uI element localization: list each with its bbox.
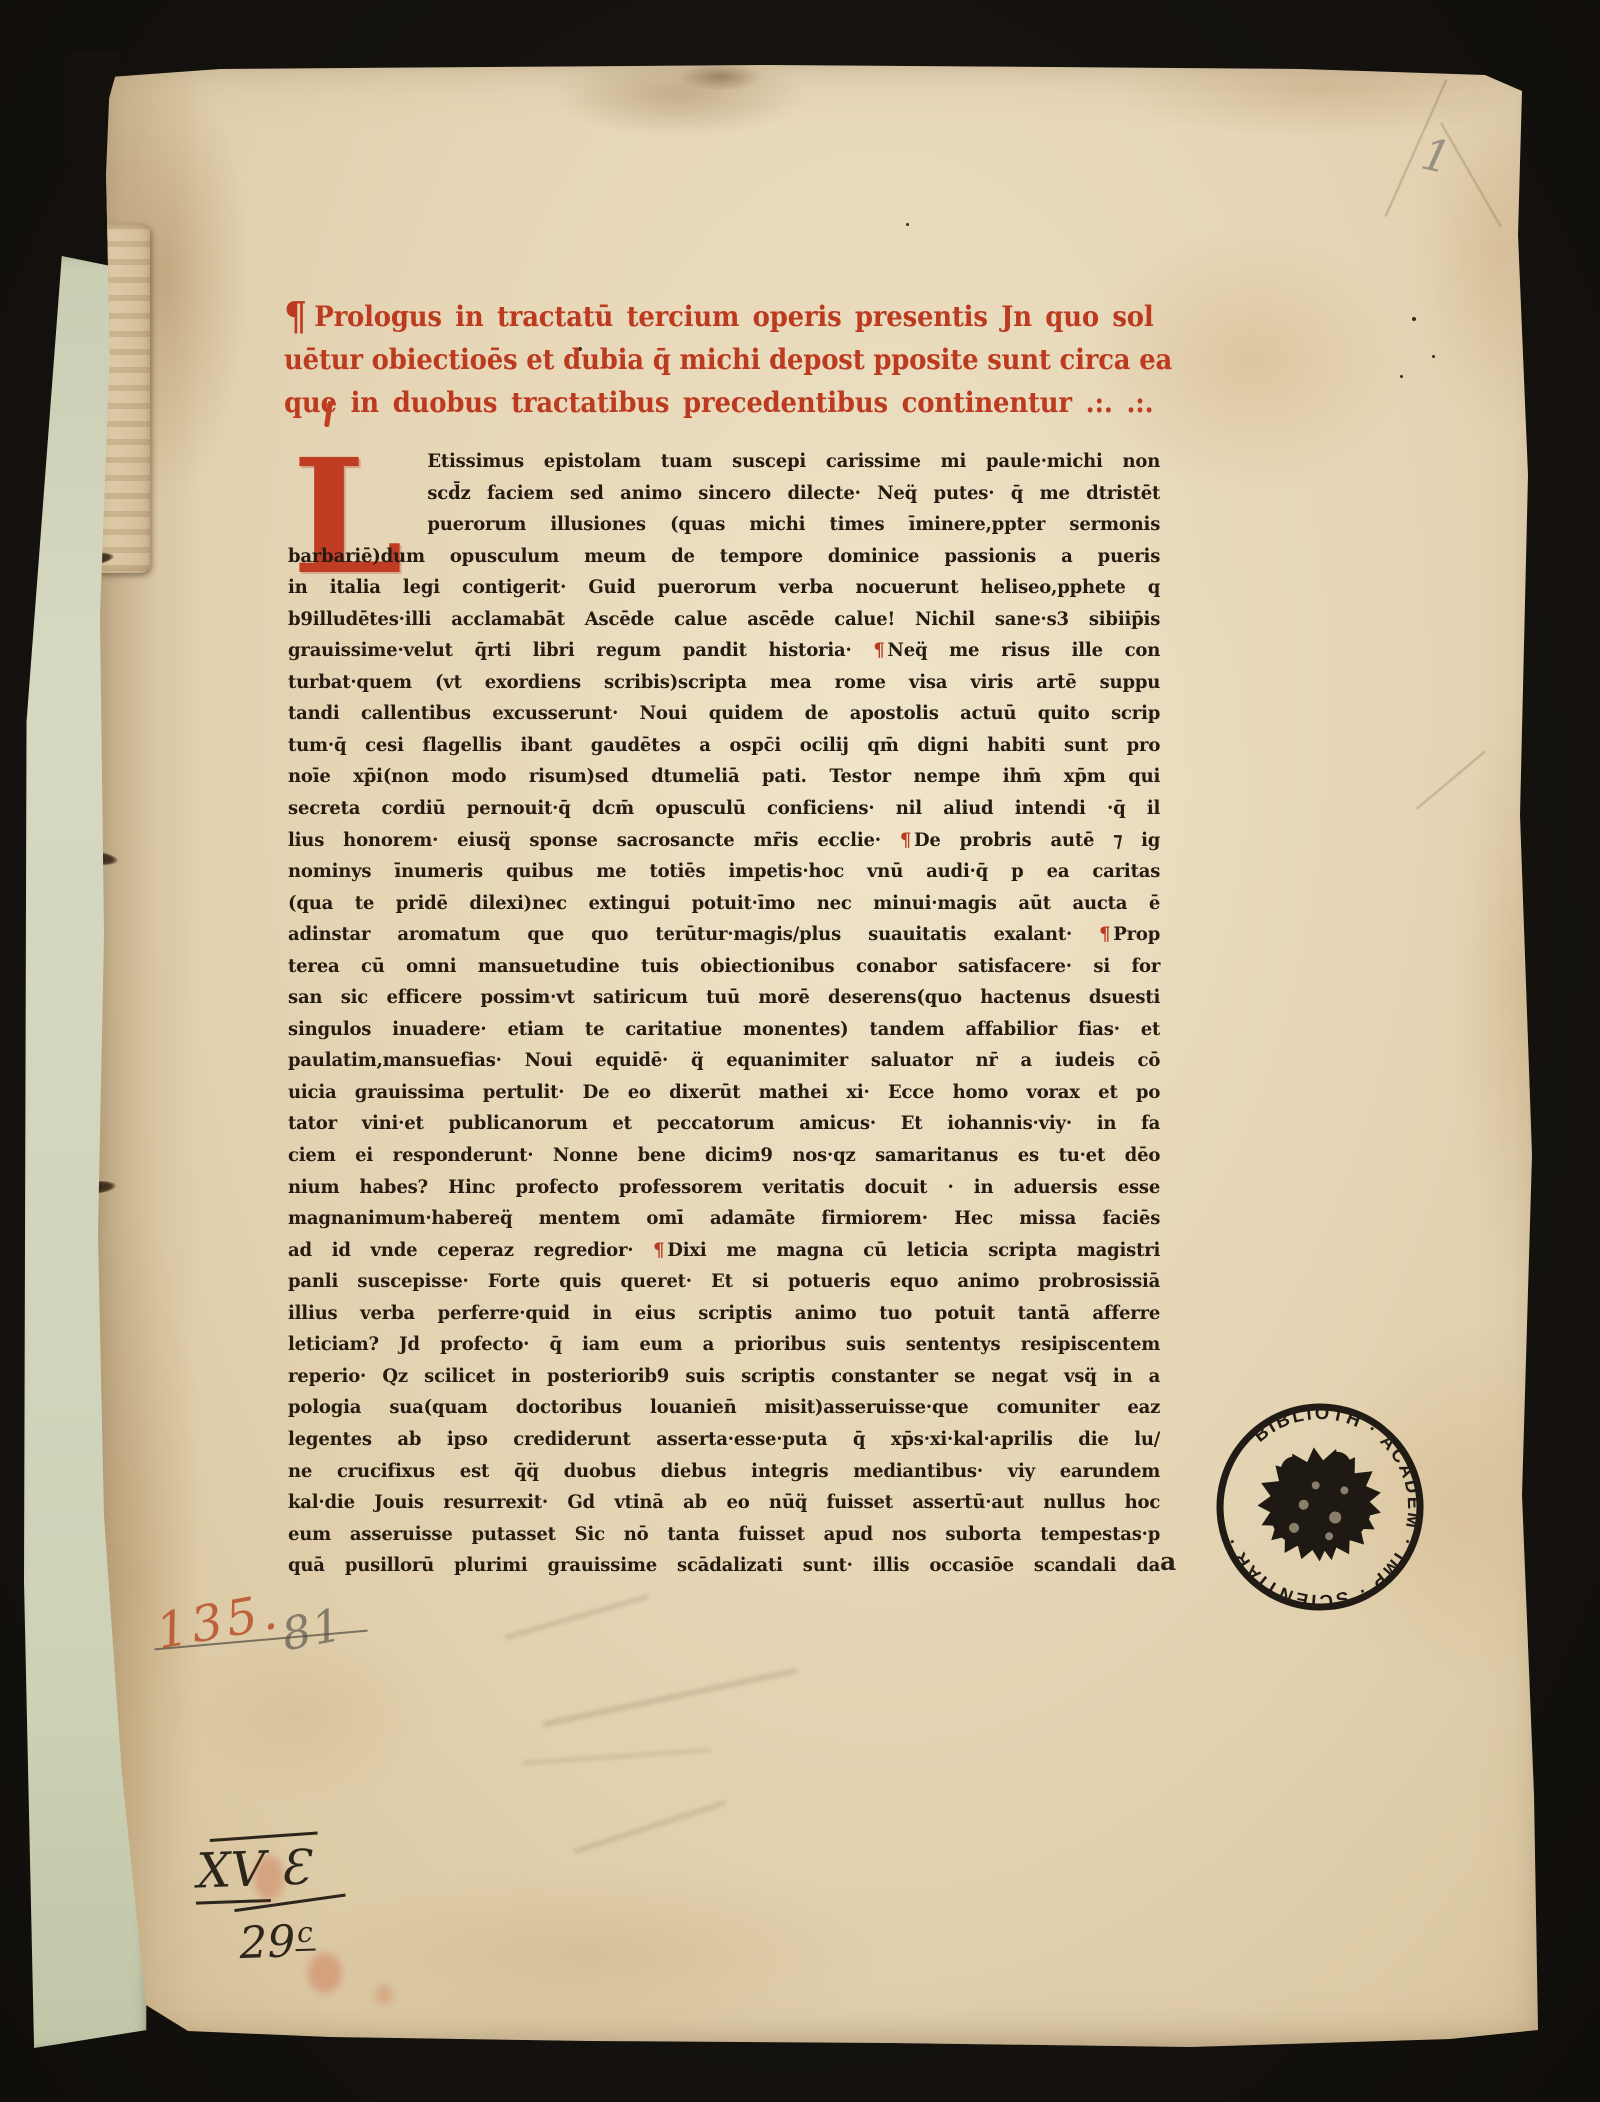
ghost-mark <box>504 1594 649 1639</box>
text-line: ciem ei responderunt· Nonne bene dicim9 … <box>288 1140 1160 1172</box>
rubric-heading: ¶Prologus in tractatū tercium operis pre… <box>284 295 1154 424</box>
pilcrow-mark: ¶ <box>873 639 887 661</box>
body-text: Etissimus epistolam tuam suscepi carissi… <box>288 446 1160 1582</box>
text-line: tum·q̄ cesi flagellis ibant gaudētes a o… <box>288 730 1160 762</box>
text-line: leticiam? Jd profecto· q̄ iam eum a prio… <box>288 1329 1160 1361</box>
text-line: san sic efficere possim·vt satiricum tuū… <box>288 982 1160 1014</box>
text-line: adinstar aromatum que quo terūtur·magis/… <box>288 919 1160 951</box>
heading-line: ¶Prologus in tractatū tercium operis pre… <box>284 295 1154 338</box>
shelfmark-number: 29 <box>238 1916 296 1969</box>
pilcrow-mark: ¶ <box>653 1239 667 1261</box>
text-line: nominys īnumeris quibus me totiēs impeti… <box>288 856 1160 888</box>
folio-number: 1 <box>1417 129 1456 185</box>
text-line: barbariē)dum opusculum meum de tempore d… <box>288 541 1160 573</box>
paper-page: 1 ¶Prologus in tractatū tercium operis p… <box>70 55 1550 2060</box>
shelfmark-old-pencil: 81 <box>278 1598 348 1662</box>
text-line: paulatim,mansuefias· Noui equidē· q̈ equ… <box>288 1045 1160 1077</box>
paper-wrinkle <box>1416 750 1486 809</box>
signature-mark: a <box>1160 1547 1176 1576</box>
text-line: panli suscepisse· Forte quis queret· Et … <box>288 1266 1160 1298</box>
pilcrow-mark: ¶ <box>284 294 314 340</box>
text-line: magnanimum·habereq̈ mentem omī adamāte f… <box>288 1203 1160 1235</box>
shelfmark-suffix: c <box>294 1916 315 1952</box>
text-line: quā pusillorū plurimi grauissime scādali… <box>288 1550 1160 1582</box>
ghost-mark <box>542 1668 797 1727</box>
heading-line: que in duobus tractatibus precedentibus … <box>284 381 1154 424</box>
text-line: nium habes? Hinc profecto professorem ve… <box>288 1172 1160 1204</box>
text-line: tator vini·et publicanorum et peccatorum… <box>288 1108 1160 1140</box>
text-line: Etissimus epistolam tuam suscepi carissi… <box>288 446 1160 478</box>
ink-speck <box>1412 317 1416 321</box>
text-line: scd̄z faciem sed animo sincero dilecte· … <box>288 478 1160 510</box>
text-line: tandi callentibus excusserunt· Noui quid… <box>288 698 1160 730</box>
library-stamp: BIBLIOTH · ACADEM · IMP · SCIENTIAR · <box>1197 1384 1443 1630</box>
text-line: grauissime·velut q̄rti libri regum pandi… <box>288 635 1160 667</box>
ghost-mark <box>522 1748 712 1764</box>
text-line: kal·die Jouis resurrexit· Gd vtinā ab eo… <box>288 1487 1160 1519</box>
pilcrow-mark: ¶ <box>1099 923 1113 945</box>
stamp-eagle <box>1252 1441 1387 1567</box>
page-scan: { "document": { "kind": "incunabulum-pag… <box>0 0 1600 2102</box>
text-line: eum asseruisse putasset Sic nō tanta fui… <box>288 1519 1160 1551</box>
ink-speck <box>1400 375 1403 378</box>
text-line: secreta cordiū pernouit·q̄ dcm̄ opusculū… <box>288 793 1160 825</box>
text-line: in italia legi contigerit· Guid puerorum… <box>288 572 1160 604</box>
text-line: ne crucifixus est q̄q̈ duobus diebus int… <box>288 1456 1160 1488</box>
heading-line: uētur obiectioēs et dubia q̄ michi depos… <box>284 338 1154 381</box>
text-line: lius honorem· eiusq̈ sponse sacrosancte … <box>288 825 1160 857</box>
red-smudge <box>308 1953 342 1993</box>
text-line: pologia sua(quam doctoribus louanien̄ mi… <box>288 1392 1160 1424</box>
text-line: legentes ab ipso crediderunt asserta·ess… <box>288 1424 1160 1456</box>
text-line: illius verba perferre·quid in eius scrip… <box>288 1298 1160 1330</box>
text-line: reperio· Qz scilicet in posteriorib9 sui… <box>288 1361 1160 1393</box>
text-line: puerorum illusiones (quas michi times īm… <box>288 509 1160 541</box>
ghost-mark <box>573 1800 726 1853</box>
red-smudge <box>254 1855 284 1901</box>
text-line: (qua te pridē dilexi)nec extingui potuit… <box>288 888 1160 920</box>
text-line: uicia grauissima pertulit· De eo dixerūt… <box>288 1077 1160 1109</box>
text-line: noīe xp̄i(non modo risum)sed dtumeliā pa… <box>288 761 1160 793</box>
ink-speck <box>1432 355 1435 358</box>
text-line: ad id vnde ceperaz regredior· ¶Dixi me m… <box>288 1235 1160 1267</box>
text-line: b9illudētes·illi acclamabāt Ascēde calue… <box>288 604 1160 636</box>
red-smudge <box>376 1985 392 2005</box>
ink-speck <box>906 223 909 226</box>
text-line: singulos inuadere· etiam te caritatiue m… <box>288 1014 1160 1046</box>
pilcrow-mark: ¶ <box>900 829 914 851</box>
text-line: terea cū omni mansuetudine tuis obiectio… <box>288 951 1160 983</box>
text-line: turbat·quem (vt exordiens scribis)script… <box>288 667 1160 699</box>
